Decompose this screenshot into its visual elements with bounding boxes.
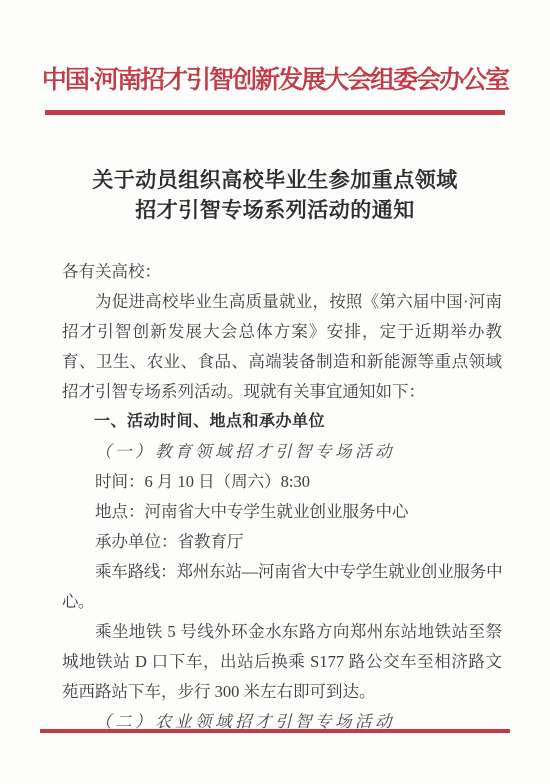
document-title-line1: 关于动员组织高校毕业生参加重点领域 [0,165,550,195]
body-paragraph: （一）教育领域招才引智专场活动 [62,437,502,467]
body-paragraph: 一、活动时间、地点和承办单位 [62,407,502,437]
body-paragraph: 各有关高校： [62,257,502,287]
body-paragraph: 地点：河南省大中专学生就业创业服务中心 [62,497,502,527]
body-paragraph: 乘坐地铁 5 号线外环金水东路方向郑州东站地铁站至祭城地铁站 D 口下车，出站后… [62,617,502,707]
document-title-line2: 招才引智专场系列活动的通知 [0,195,550,225]
document-page: 中国·河南招才引智创新发展大会组委会办公室 关于动员组织高校毕业生参加重点领域 … [0,0,550,784]
letterhead-divider-line [45,110,505,115]
footer-divider-line [40,729,510,733]
document-title: 关于动员组织高校毕业生参加重点领域 招才引智专场系列活动的通知 [0,165,550,225]
body-paragraph: 时间：6 月 10 日（周六）8:30 [62,467,502,497]
document-body: 各有关高校：为促进高校毕业生高质量就业，按照《第六届中国·河南招才引智创新发展大… [62,257,502,737]
body-paragraph: 承办单位：省教育厅 [62,527,502,557]
body-paragraph: 为促进高校毕业生高质量就业，按照《第六届中国·河南招才引智创新发展大会总体方案》… [62,287,502,407]
letterhead-org-name: 中国·河南招才引智创新发展大会组委会办公室 [0,0,550,96]
body-paragraph: 乘车路线：郑州东站—河南省大中专学生就业创业服务中心。 [62,557,502,617]
